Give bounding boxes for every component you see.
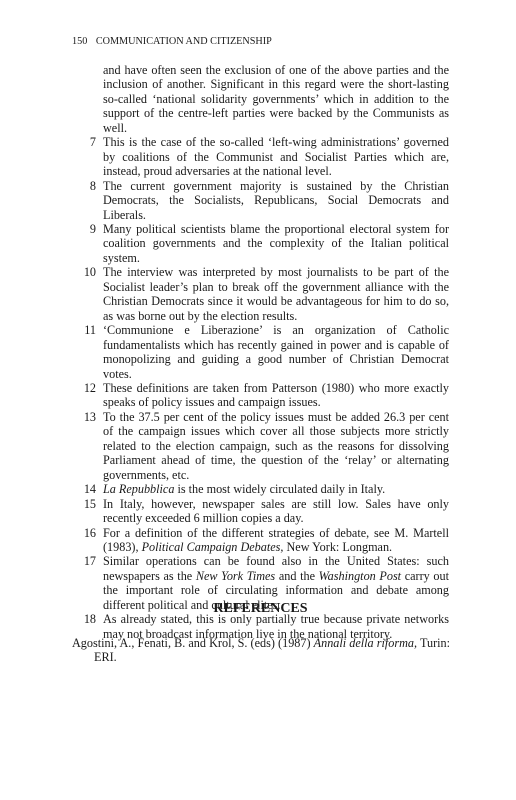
text-segment: In Italy, however, newspaper sales are s… xyxy=(103,497,449,525)
endnote: 12These definitions are taken from Patte… xyxy=(72,381,449,410)
endnote-text: In Italy, however, newspaper sales are s… xyxy=(103,497,449,526)
endnote-number: 9 xyxy=(72,222,96,236)
endnote: 13To the 37.5 per cent of the policy iss… xyxy=(72,410,449,482)
italic-title: New York Times xyxy=(196,569,275,583)
text-segment: The current government majority is susta… xyxy=(103,179,449,222)
text-segment: Many political scientists blame the prop… xyxy=(103,222,449,265)
text-segment: and the xyxy=(275,569,318,583)
text-segment: The interview was interpreted by most jo… xyxy=(103,265,449,322)
text-segment: Agostini, A., Fenati, B. and Krol, S. (e… xyxy=(72,636,314,650)
endnote-number: 14 xyxy=(72,482,96,496)
endnote: 8The current government majority is sust… xyxy=(72,179,449,222)
endnote-number: 8 xyxy=(72,179,96,193)
endnote-text: and have often seen the exclusion of one… xyxy=(103,63,449,135)
text-segment: and have often seen the exclusion of one… xyxy=(103,63,449,135)
endnote-number: 15 xyxy=(72,497,96,511)
references-list: Agostini, A., Fenati, B. and Krol, S. (e… xyxy=(72,636,450,665)
endnote-text: To the 37.5 per cent of the policy issue… xyxy=(103,410,449,482)
endnote-number: 13 xyxy=(72,410,96,424)
endnote: 10The interview was interpreted by most … xyxy=(72,265,449,323)
text-segment: is the most widely circulated daily in I… xyxy=(174,482,385,496)
endnote-text: This is the case of the so-called ‘left-… xyxy=(103,135,449,178)
endnote-number: 11 xyxy=(72,323,96,337)
endnote-number: 16 xyxy=(72,526,96,540)
endnote: 9Many political scientists blame the pro… xyxy=(72,222,449,265)
endnote-text: ‘Communione e Liberazione’ is an organiz… xyxy=(103,323,449,381)
running-head: 150 COMMUNICATION AND CITIZENSHIP xyxy=(72,36,272,47)
text-segment: To the 37.5 per cent of the policy issue… xyxy=(103,410,449,482)
endnote-number: 10 xyxy=(72,265,96,279)
running-head-title: COMMUNICATION AND CITIZENSHIP xyxy=(96,36,272,47)
italic-title: La Repubblica xyxy=(103,482,174,496)
endnote: 15In Italy, however, newspaper sales are… xyxy=(72,497,449,526)
endnote: 11‘Communione e Liberazione’ is an organ… xyxy=(72,323,449,381)
text-segment: This is the case of the so-called ‘left-… xyxy=(103,135,449,178)
reference-entry: Agostini, A., Fenati, B. and Krol, S. (e… xyxy=(72,636,450,665)
endnote-number: 12 xyxy=(72,381,96,395)
italic-title: Washington Post xyxy=(319,569,401,583)
endnote-text: The interview was interpreted by most jo… xyxy=(103,265,449,323)
endnote-text: These definitions are taken from Patters… xyxy=(103,381,449,410)
text-segment: ‘Communione e Liberazione’ is an organiz… xyxy=(103,323,449,380)
italic-title: Political Campaign Debates, xyxy=(142,540,284,554)
endnotes-list: and have often seen the exclusion of one… xyxy=(72,63,449,641)
endnote-text: For a definition of the different strate… xyxy=(103,526,449,555)
endnote: 7This is the case of the so-called ‘left… xyxy=(72,135,449,178)
text-segment: New York: Longman. xyxy=(283,540,392,554)
endnote: 14La Repubblica is the most widely circu… xyxy=(72,482,449,496)
endnote-text: La Repubblica is the most widely circula… xyxy=(103,482,449,496)
endnote-number: 7 xyxy=(72,135,96,149)
references-heading: REFERENCES xyxy=(72,601,449,617)
endnote-text: Many political scientists blame the prop… xyxy=(103,222,449,265)
text-segment: These definitions are taken from Patters… xyxy=(103,381,449,409)
endnote-number: 17 xyxy=(72,554,96,568)
endnote: 16For a definition of the different stra… xyxy=(72,526,449,555)
endnote: and have often seen the exclusion of one… xyxy=(72,63,449,135)
endnote-text: The current government majority is susta… xyxy=(103,179,449,222)
italic-title: Annali della riforma, xyxy=(314,636,417,650)
page-number: 150 xyxy=(72,36,87,47)
